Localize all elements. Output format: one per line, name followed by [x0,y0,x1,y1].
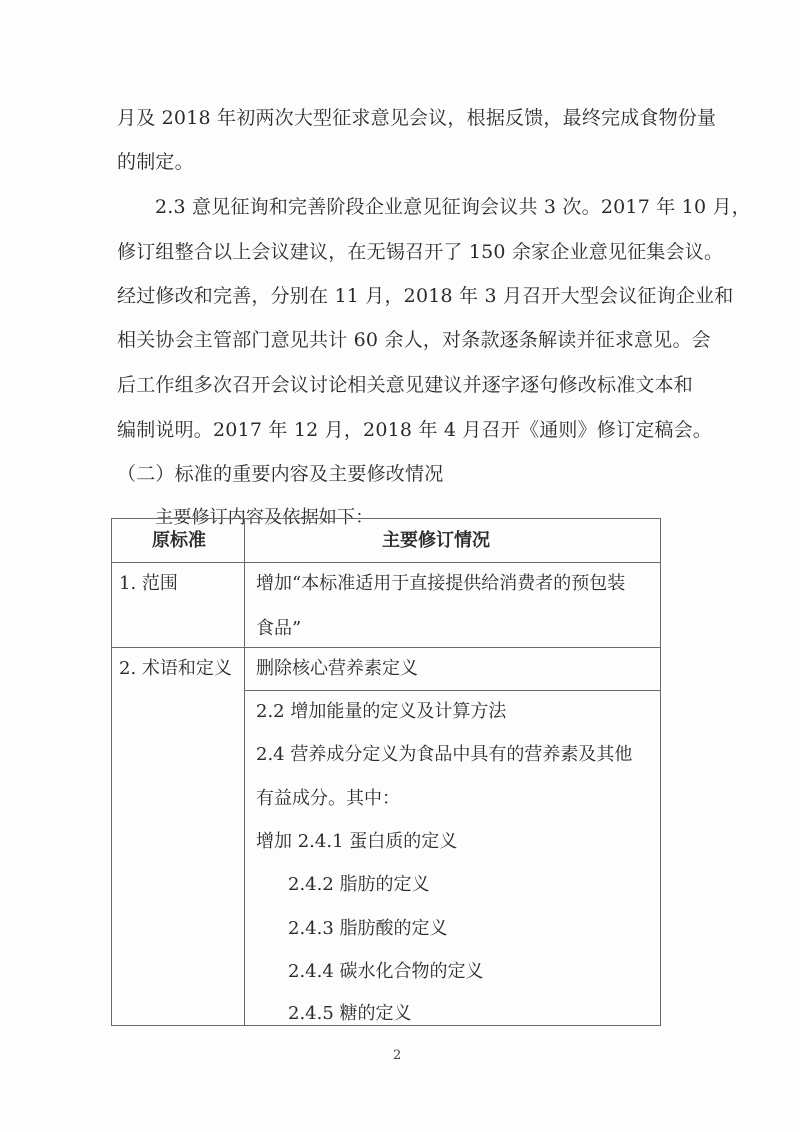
paragraph-line: 后工作组多次召开会议讨论相关意见建议并逐字逐句修改标准文本和 [117,373,693,397]
row-divider [112,647,660,648]
page-number: 2 [393,1048,401,1063]
cell-change: 2.4.3 脂肪酸的定义 [288,917,448,941]
header-original: 原标准 [152,529,206,553]
cell-change: 食品” [256,617,301,641]
paragraph-line: 经过修改和完善，分别在 11 月，2018 年 3 月召开大型会议征询企业和 [117,284,733,308]
revision-table: 原标准 主要修订情况 1. 范围 增加“本标准适用于直接提供给消费者的预包装 食… [111,518,661,1026]
cell-change: 2.4.5 糖的定义 [288,1002,412,1026]
cell-change: 2.4.2 脂肪的定义 [288,873,430,897]
paragraph-line: 修订组整合以上会议建议，在无锡召开了 150 余家企业意见征集会议。 [117,240,723,264]
column-divider [244,519,245,1025]
row-divider [244,690,660,691]
cell-change: 2.4 营养成分定义为食品中具有的营养素及其他 [256,743,632,767]
cell-change: 有益成分。其中： [256,787,400,811]
cell-change: 2.2 增加能量的定义及计算方法 [256,700,506,724]
paragraph-line: 月及 2018 年初两次大型征求意见会议，根据反馈，最终完成食物份量 [117,106,716,130]
row-divider [112,562,660,563]
section-heading: （二）标准的重要内容及主要修改情况 [117,462,443,486]
paragraph-line: 相关协会主管部门意见共计 60 余人，对条款逐条解读并征求意见。会 [117,328,711,352]
header-changes: 主要修订情况 [382,529,490,553]
cell-change: 增加“本标准适用于直接提供给消费者的预包装 [256,572,625,596]
paragraph-line: 2.3 意见征询和完善阶段企业意见征询会议共 3 次。2017 年 10 月， [155,195,751,219]
cell-change: 删除核心营养素定义 [256,657,418,681]
paragraph-line: 编制说明。2017 年 12 月，2018 年 4 月召开《通则》修订定稿会。 [117,418,712,442]
cell-original: 1. 范围 [119,572,178,596]
paragraph-line: 的制定。 [117,150,194,174]
cell-change: 2.4.4 碳水化合物的定义 [288,960,484,984]
cell-original: 2. 术语和定义 [119,657,232,681]
cell-change: 增加 2.4.1 蛋白质的定义 [256,830,457,854]
